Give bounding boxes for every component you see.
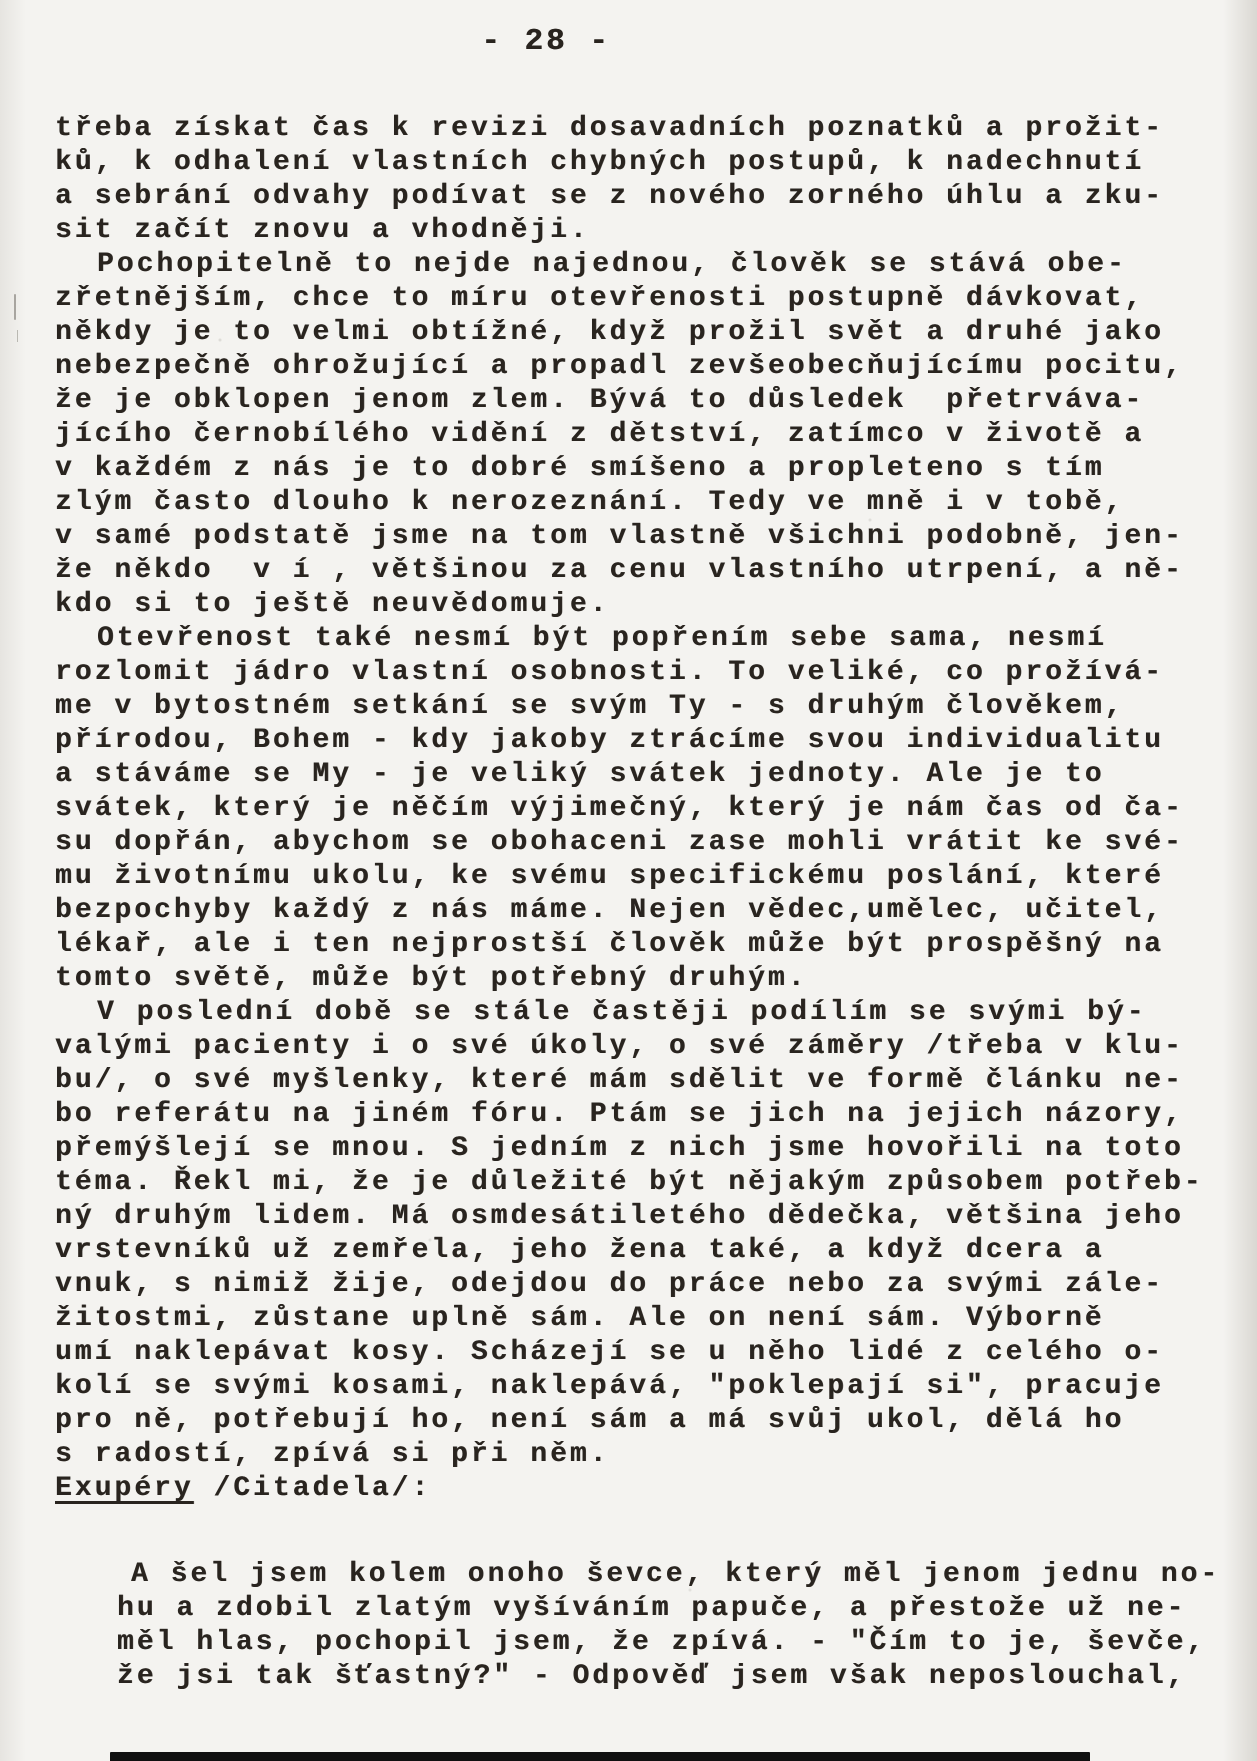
text-line: zřetnějším, chce to míru otevřenosti pos… (55, 282, 1237, 316)
text-line: přírodou, Bohem - kdy jakoby ztrácíme sv… (55, 724, 1237, 758)
text-line: sit začít znovu a vhodněji. (55, 214, 1237, 248)
text-line: bezpochyby každý z nás máme. Nejen vědec… (55, 894, 1237, 928)
body-text: třeba získat čas k revizi dosavadních po… (55, 112, 1237, 1694)
text-line: přemýšlejí se mnou. S jedním z nich jsme… (55, 1132, 1237, 1166)
text-line: vrstevníků už zemřela, jeho žena také, a… (55, 1234, 1237, 1268)
text-line: valými pacienty i o své úkoly, o své zám… (55, 1030, 1237, 1064)
author-label-line: Exupéry /Citadela/: (55, 1472, 1237, 1506)
text-line: bo referátu na jiném fóru. Ptám se jich … (55, 1098, 1237, 1132)
text-line: ků, k odhalení vlastních chybných postup… (55, 146, 1237, 180)
scan-margin-artifact (14, 294, 16, 320)
text-line: me v bytostném setkání se svým Ty - s dr… (55, 690, 1237, 724)
text-line: nebezpečně ohrožující a propadl zevšeobe… (55, 350, 1237, 384)
text-line: a stáváme se My - je veliký svátek jedno… (55, 758, 1237, 792)
scanned-typewritten-page: - 28 - třeba získat čas k revizi dosavad… (0, 0, 1257, 1761)
text-line: a sebrání odvahy podívat se z nového zor… (55, 180, 1237, 214)
text-line: bu/, o své myšlenky, které mám sdělit ve… (55, 1064, 1237, 1098)
quote-line: že jsi tak šťastný?" - Odpověď jsem však… (55, 1660, 1237, 1694)
text-line: rozlomit jádro vlastní osobnosti. To vel… (55, 656, 1237, 690)
text-line: pro ně, potřebují ho, není sám a má svůj… (55, 1404, 1237, 1438)
page-number: - 28 - (0, 24, 1092, 59)
blank-line (55, 1506, 1237, 1558)
quote-line: měl hlas, pochopil jsem, že zpívá. - "Čí… (55, 1626, 1237, 1660)
text-line: umí naklepávat kosy. Scházejí se u něho … (55, 1336, 1237, 1370)
text-line: ný druhým lidem. Má osmdesátiletého děde… (55, 1200, 1237, 1234)
text-line: třeba získat čas k revizi dosavadních po… (55, 112, 1237, 146)
text-line: su dopřán, abychom se obohaceni zase moh… (55, 826, 1237, 860)
text-line: Otevřenost také nesmí být popřením sebe … (55, 622, 1237, 656)
text-line: Pochopitelně to nejde najednou, člověk s… (55, 248, 1237, 282)
source-title: /Citadela/: (194, 1473, 432, 1504)
quote-line: A šel jsem kolem onoho ševce, který měl … (55, 1558, 1237, 1592)
quote-line: hu a zdobil zlatým vyšíváním papuče, a p… (55, 1592, 1237, 1626)
text-line: jícího černobílého vidění z dětství, zat… (55, 418, 1237, 452)
text-line: mu životnímu ukolu, ke svému specifickém… (55, 860, 1237, 894)
text-line: žitostmi, zůstane uplně sám. Ale on není… (55, 1302, 1237, 1336)
scan-edge-shadow (110, 1752, 1090, 1761)
text-line: že někdo v í , většinou za cenu vlastníh… (55, 554, 1237, 588)
text-line: tomto světě, může být potřebný druhým. (55, 962, 1237, 996)
text-line: zlým často dlouho k nerozeznání. Tedy ve… (55, 486, 1237, 520)
text-line: v samé podstatě jsme na tom vlastně všic… (55, 520, 1237, 554)
text-line: téma. Řekl mi, že je důležité být nějaký… (55, 1166, 1237, 1200)
text-line: vnuk, s nimiž žije, odejdou do práce neb… (55, 1268, 1237, 1302)
text-line: svátek, který je něčím výjimečný, který … (55, 792, 1237, 826)
text-line: někdy je to velmi obtížné, když prožil s… (55, 316, 1237, 350)
text-line: že je obklopen jenom zlem. Bývá to důsle… (55, 384, 1237, 418)
text-line: kdo si to ještě neuvědomuje. (55, 588, 1237, 622)
text-line: kolí se svými kosami, naklepává, "poklep… (55, 1370, 1237, 1404)
scan-margin-artifact-small (17, 330, 18, 342)
text-line: v každém z nás je to dobré smíšeno a pro… (55, 452, 1237, 486)
author-name: Exupéry (55, 1473, 194, 1504)
text-line: V poslední době se stále častěji podílím… (55, 996, 1237, 1030)
text-line: s radostí, zpívá si při něm. (55, 1438, 1237, 1472)
text-line: lékař, ale i ten nejprostší člověk může … (55, 928, 1237, 962)
